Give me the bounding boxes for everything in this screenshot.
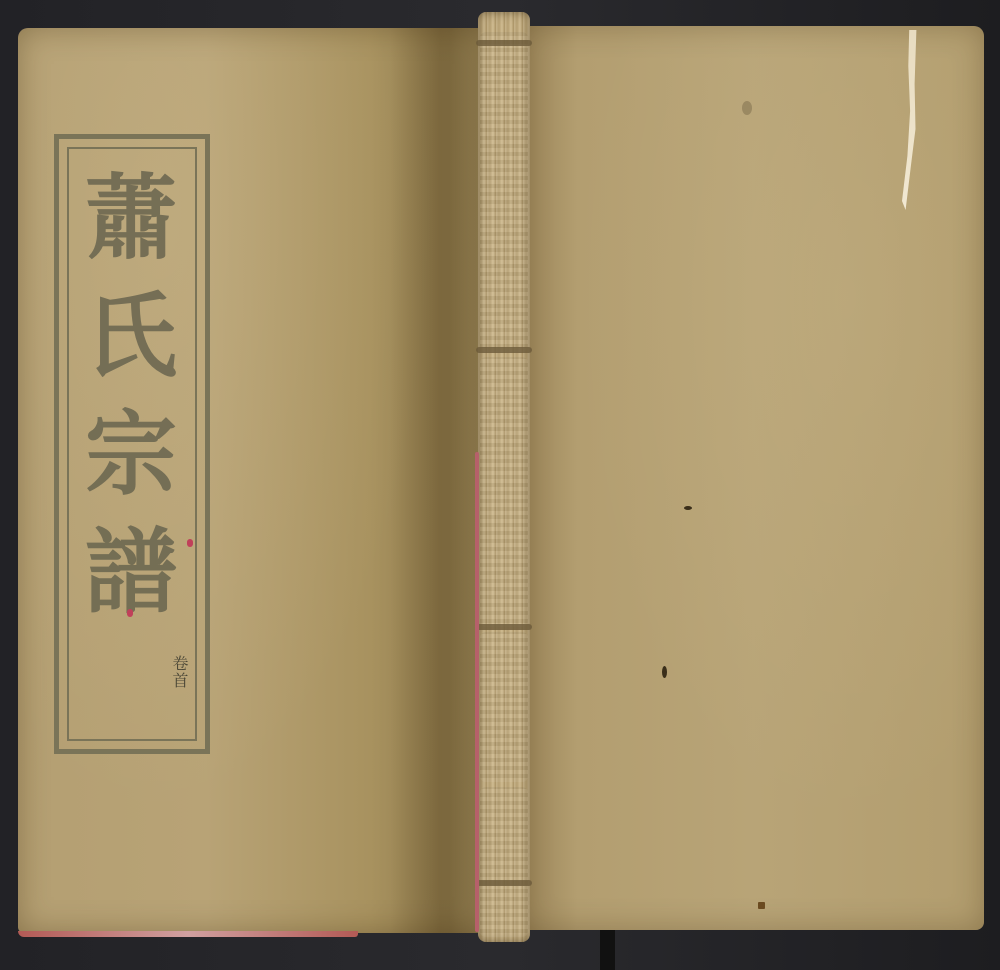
speck (684, 506, 692, 510)
red-ink-mark (127, 609, 133, 617)
background-gap (600, 930, 615, 970)
red-page-edge (18, 931, 358, 937)
spine-segment (480, 787, 528, 937)
title-char-3: 宗 (85, 395, 177, 513)
binding-stitch (476, 347, 532, 353)
red-ink-mark (187, 539, 193, 547)
red-page-edge (475, 452, 479, 932)
title-char-1: 蕭 (85, 159, 177, 277)
binding-stitch (476, 40, 532, 46)
spine-segment (480, 632, 528, 782)
back-cover (522, 26, 984, 930)
speck (662, 666, 667, 678)
stain (742, 101, 752, 115)
title-text: 蕭 氏 宗 譜 (81, 159, 181, 631)
spine-segment (480, 32, 528, 352)
spine-segment (480, 357, 528, 627)
binding-stitch (476, 624, 532, 630)
book-spine (478, 12, 530, 942)
volume-label: 卷首 (168, 655, 191, 689)
paper-tear (902, 30, 920, 210)
stain (758, 902, 765, 909)
title-label: 蕭 氏 宗 譜 卷首 (54, 134, 210, 754)
binding-stitch (476, 880, 532, 886)
title-char-2: 氏 (85, 277, 177, 395)
